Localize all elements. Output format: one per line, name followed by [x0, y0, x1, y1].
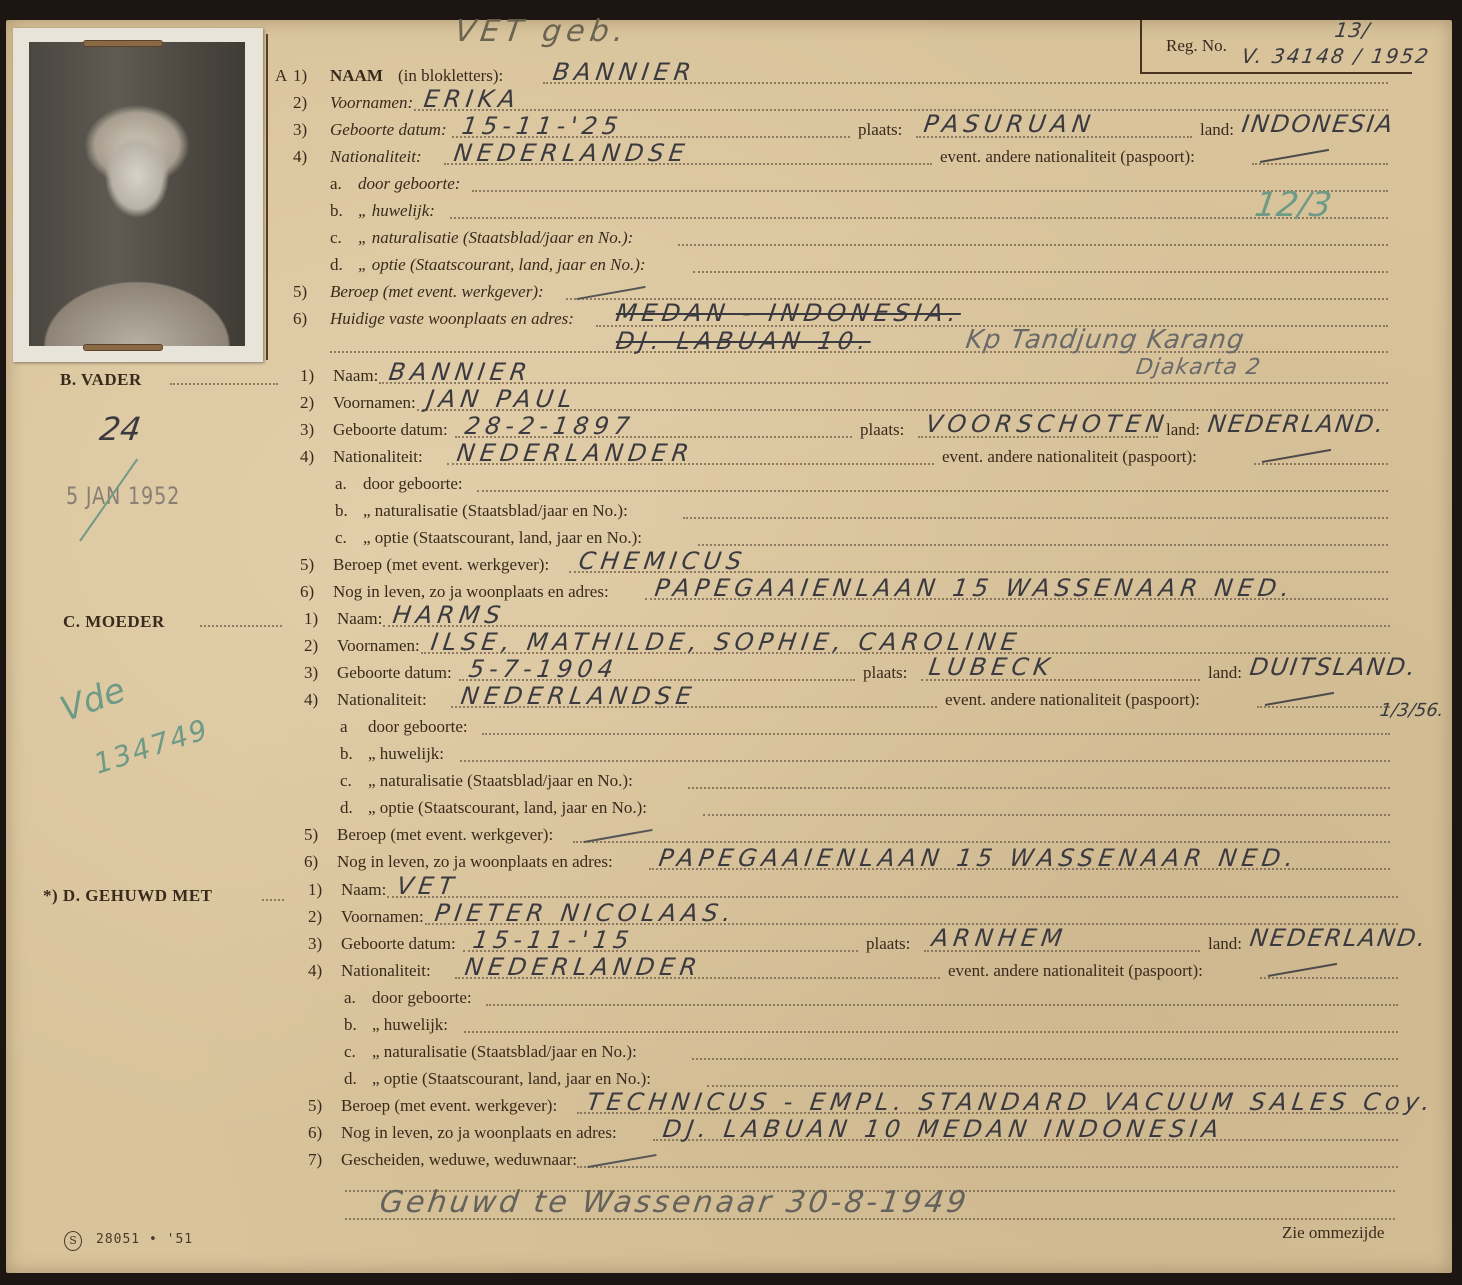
dotted-line	[1252, 163, 1388, 165]
field-value-addition[interactable]: Djakarta 2	[1135, 355, 1263, 380]
field-label: Nog in leven, zo ja woonplaats en adres:	[341, 1123, 617, 1143]
field-number: 3)	[304, 663, 318, 683]
field-label: Voornamen:	[341, 907, 424, 927]
field-number: 1)	[304, 609, 318, 629]
land-value[interactable]: INDONESIA	[1240, 110, 1396, 138]
dotted-line	[1260, 977, 1398, 979]
dotted-line	[707, 1085, 1398, 1087]
subfield-letter: b.	[335, 501, 348, 521]
field-label: Geboorte datum:	[330, 120, 447, 140]
passport-photo-frame	[13, 28, 263, 362]
dotted-line	[692, 1058, 1398, 1060]
field-value[interactable]: 28-2-1897	[463, 412, 636, 440]
land-label: land:	[1166, 420, 1200, 440]
subfield-letter: d.	[344, 1069, 357, 1089]
field-label-bold: NAAM	[330, 66, 383, 86]
subfield-letter: b.	[344, 1015, 357, 1035]
field-value[interactable]: NEDERLANDSE	[459, 682, 698, 710]
field-number: 6)	[293, 309, 307, 329]
dotted-line	[486, 1004, 1398, 1006]
field-value[interactable]: HARMS	[391, 601, 507, 629]
photo-clip-bottom	[83, 344, 163, 351]
field-number: 2)	[308, 907, 322, 927]
dotted-line	[414, 109, 1388, 111]
field-value-struck[interactable]: DJ. LABUAN 10.	[614, 327, 873, 355]
see-reverse-note: Zie ommezijde	[1282, 1223, 1384, 1243]
field-label: Nationaliteit:	[341, 961, 431, 981]
other-nationality-label: event. andere nationaliteit (paspoort):	[942, 447, 1197, 467]
field-number: 6)	[304, 852, 318, 872]
dotted-line	[464, 1031, 1398, 1033]
field-label: Geboorte datum:	[333, 420, 448, 440]
field-label: Beroep (met event. werkgever):	[337, 825, 553, 845]
field-label: Voornamen:	[333, 393, 416, 413]
land-value[interactable]: NEDERLAND.	[1248, 924, 1429, 952]
field-label: door geboorte:	[372, 988, 472, 1008]
received-date-stamp: 5 JAN 1952	[66, 482, 180, 510]
field-value[interactable]: CHEMICUS	[577, 547, 748, 575]
dotted-line	[703, 814, 1390, 816]
field-label: „ naturalisatie (Staatsblad/jaar en No.)…	[372, 1042, 637, 1062]
other-nationality-label: event. andere nationaliteit (paspoort):	[945, 690, 1200, 710]
field-label: „ optie (Staatscourant, land, jaar en No…	[368, 798, 647, 818]
field-value[interactable]: PAPEGAAIENLAAN 15 WASSENAAR NED.	[653, 574, 1296, 602]
subfield-letter: d.	[340, 798, 353, 818]
field-label: Naam:	[341, 880, 386, 900]
field-value[interactable]: 5-7-1904	[467, 655, 620, 683]
subfield-letter: b.	[340, 744, 353, 764]
field-value[interactable]: DJ. LABUAN 10 MEDAN INDONESIA	[661, 1115, 1225, 1143]
field-number: 3)	[293, 120, 307, 140]
section-c-heading: C. MOEDER	[63, 612, 165, 632]
dotted-line	[450, 217, 1388, 219]
vader-margin-note: 24	[97, 410, 143, 448]
field-label: Nog in leven, zo ja woonplaats en adres:	[337, 852, 613, 872]
field-number: 4)	[293, 147, 307, 167]
field-number: 6)	[308, 1123, 322, 1143]
field-number: 2)	[293, 93, 307, 113]
field-label: (in blokletters):	[398, 66, 503, 86]
dotted-line	[477, 490, 1388, 492]
field-label: door geboorte:	[368, 717, 468, 737]
dotted-line	[678, 244, 1388, 246]
plaats-label: plaats:	[860, 420, 904, 440]
subfield-letter: a	[340, 717, 348, 737]
plaats-value[interactable]: VOORSCHOTEN	[924, 410, 1171, 438]
column-divider	[266, 34, 268, 360]
marriage-note: Gehuwd te Wassenaar 30-8-1949	[378, 1185, 972, 1220]
subfield-letter: c.	[340, 771, 352, 791]
field-value[interactable]: ILSE, MATHILDE, SOPHIE, CAROLINE	[429, 628, 1023, 656]
land-value[interactable]: DUITSLAND.	[1248, 653, 1419, 681]
dotted-line	[688, 787, 1390, 789]
field-label: Voornamen:	[330, 93, 413, 113]
field-label: Nog in leven, zo ja woonplaats en adres:	[333, 582, 609, 602]
field-label: „ huwelijk:	[358, 201, 435, 221]
field-value[interactable]: NEDERLANDSE	[452, 139, 691, 167]
field-number: 4)	[308, 961, 322, 981]
other-nationality-label: event. andere nationaliteit (paspoort):	[948, 961, 1203, 981]
field-number: 1)	[308, 880, 322, 900]
field-label: Beroep (met event. werkgever):	[341, 1096, 557, 1116]
field-number: 2)	[304, 636, 318, 656]
dotted-line	[460, 760, 1390, 762]
reg-no-label: Reg. No.	[1166, 36, 1227, 56]
field-label: „ optie (Staatscourant, land, jaar en No…	[372, 1069, 651, 1089]
field-number: 5)	[300, 555, 314, 575]
field-number: 2)	[300, 393, 314, 413]
field-label: „ optie (Staatscourant, land, jaar en No…	[358, 255, 646, 275]
land-label: land:	[1208, 663, 1242, 683]
plaats-value[interactable]: PASURUAN	[922, 110, 1097, 138]
field-label: Geboorte datum:	[341, 934, 456, 954]
plaats-value[interactable]: LUBECK	[927, 653, 1056, 681]
dotted-line	[683, 517, 1388, 519]
field-label: „ huwelijk:	[372, 1015, 448, 1035]
subfield-letter: a.	[330, 174, 342, 194]
field-value-struck[interactable]: MEDAN - INDONESIA.	[614, 299, 963, 327]
field-value[interactable]: JAN PAUL	[425, 385, 579, 413]
field-label: Nationaliteit:	[330, 147, 422, 167]
crest-icon: S	[64, 1231, 82, 1251]
section-d-heading: *) D. GEHUWD MET	[43, 886, 213, 906]
section-b-heading: B. VADER	[60, 370, 142, 390]
printer-code: 28051 • '51	[96, 1232, 193, 1247]
field-number: 3)	[308, 934, 322, 954]
land-label: land:	[1208, 934, 1242, 954]
field-value[interactable]: TECHNICUS - EMPL. STANDARD VACUUM SALES …	[585, 1088, 1437, 1116]
field-label: „ naturalisatie (Staatsblad/jaar en No.)…	[368, 771, 633, 791]
field-number: 6)	[300, 582, 314, 602]
subfield-letter: c.	[335, 528, 347, 548]
reg-no-annotation: 13/	[1333, 18, 1372, 42]
field-label: „ optie (Staatscourant, land, jaar en No…	[363, 528, 642, 548]
dotted-line	[1257, 706, 1390, 708]
field-label: Huidige vaste woonplaats en adres:	[330, 309, 574, 329]
dotted-line	[698, 544, 1388, 546]
land-label: land:	[1200, 120, 1234, 140]
subfield-letter: b.	[330, 201, 343, 221]
subfield-letter: a.	[335, 474, 347, 494]
field-label: Geboorte datum:	[337, 663, 452, 683]
dotted-line	[383, 625, 1390, 627]
dotted-line	[387, 896, 1398, 898]
section-a-prefix: A	[275, 66, 287, 86]
photo-clip-top	[83, 40, 163, 47]
field-value[interactable]: NEDERLANDER	[463, 953, 703, 981]
dotted-line	[573, 841, 1390, 843]
field-number: 7)	[308, 1150, 322, 1170]
reg-no-value: V. 34148 / 1952	[1240, 44, 1431, 68]
field-number: 4)	[300, 447, 314, 467]
passport-photo	[29, 42, 245, 346]
field-value[interactable]: NEDERLANDER	[455, 439, 695, 467]
plaats-label: plaats:	[866, 934, 910, 954]
field-value[interactable]: PIETER NICOLAAS.	[433, 899, 738, 927]
section-a-side-note: 12/3	[1252, 185, 1334, 225]
field-label: „ huwelijk:	[368, 744, 444, 764]
field-number: 1)	[293, 66, 307, 86]
field-number: 5)	[304, 825, 318, 845]
dotted-line	[472, 190, 1388, 192]
field-label: Beroep (met event. werkgever):	[330, 282, 544, 302]
field-number: 5)	[293, 282, 307, 302]
dotted-line	[1254, 463, 1388, 465]
field-value[interactable]: BANNIER	[387, 358, 534, 386]
field-number: 1)	[300, 366, 314, 386]
plaats-label: plaats:	[858, 120, 902, 140]
field-value[interactable]: 15-11-'15	[471, 926, 635, 954]
field-label: „ naturalisatie (Staatsblad/jaar en No.)…	[358, 228, 633, 248]
field-label: Naam:	[337, 609, 382, 629]
field-value[interactable]: VET	[395, 872, 460, 900]
field-label: Nationaliteit:	[333, 447, 423, 467]
subfield-letter: c.	[330, 228, 342, 248]
dotted-line	[577, 1166, 1398, 1168]
plaats-value[interactable]: ARNHEM	[930, 924, 1069, 952]
field-label: „ naturalisatie (Staatsblad/jaar en No.)…	[363, 501, 628, 521]
field-label: door geboorte:	[363, 474, 463, 494]
plaats-label: plaats:	[863, 663, 907, 683]
field-value[interactable]: ERIKA	[422, 85, 522, 113]
field-value[interactable]: PAPEGAAIENLAAN 15 WASSENAAR NED.	[657, 844, 1300, 872]
field-label: Voornamen:	[337, 636, 420, 656]
field-value-addition[interactable]: Kp Tandjung Karang	[964, 325, 1247, 355]
subfield-letter: c.	[344, 1042, 356, 1062]
dotted-line	[693, 271, 1388, 273]
field-number: 5)	[308, 1096, 322, 1116]
moeder-side-note: 1/3/56.	[1379, 700, 1446, 721]
field-number: 4)	[304, 690, 318, 710]
land-value[interactable]: NEDERLAND.	[1206, 410, 1387, 438]
other-nationality-label: event. andere nationaliteit (paspoort):	[940, 147, 1195, 167]
subfield-letter: d.	[330, 255, 343, 275]
field-value[interactable]: 15-11-'25	[460, 112, 624, 140]
field-label: door geboorte:	[358, 174, 460, 194]
field-label: Naam:	[333, 366, 378, 386]
field-value[interactable]: BANNIER	[551, 58, 698, 86]
field-label: Gescheiden, weduwe, weduwnaar:	[341, 1150, 577, 1170]
field-label: Nationaliteit:	[337, 690, 427, 710]
header-annotation: VET geb.	[453, 14, 631, 49]
dotted-line	[482, 733, 1390, 735]
subfield-letter: a.	[344, 988, 356, 1008]
field-number: 3)	[300, 420, 314, 440]
dotted-line	[379, 382, 1388, 384]
field-label: Beroep (met event. werkgever):	[333, 555, 549, 575]
